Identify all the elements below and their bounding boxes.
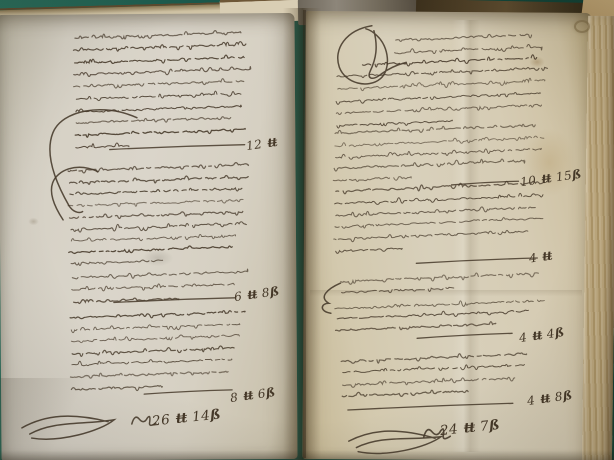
gutter-crease	[303, 10, 306, 458]
folio-number-mark	[574, 20, 590, 33]
schilling-symbol: ß	[265, 385, 276, 400]
schilling-symbol: ß	[562, 388, 573, 403]
book-gutter	[283, 8, 321, 460]
schilling-symbol: ß	[571, 167, 582, 182]
page-stack-fore-edge	[582, 16, 614, 460]
bottom-shadow	[0, 450, 614, 460]
paper-crease	[452, 20, 480, 452]
pound-symbol: tt	[175, 410, 187, 427]
manuscript-photo: 12 tt6 tt 8ß8 tt 6ß26 tt 14ß10 tt 15ß4 t…	[0, 0, 614, 460]
pound-symbol: tt	[541, 249, 552, 264]
pound-symbol: tt	[540, 391, 551, 406]
pound-symbol: tt	[267, 135, 278, 150]
schilling-symbol: ß	[209, 406, 221, 423]
schilling-symbol: ß	[488, 417, 500, 434]
pound-symbol: tt	[463, 420, 475, 437]
pound-symbol: tt	[532, 328, 543, 343]
schilling-symbol: ß	[554, 325, 565, 340]
pound-symbol: tt	[541, 171, 552, 186]
schilling-symbol: ß	[269, 284, 280, 299]
paper-fold-shadow	[0, 378, 120, 460]
pound-symbol: tt	[247, 287, 258, 302]
pound-symbol: tt	[243, 388, 254, 403]
marginal-amount: 4 tt	[528, 249, 553, 264]
paper-crease	[310, 290, 582, 300]
